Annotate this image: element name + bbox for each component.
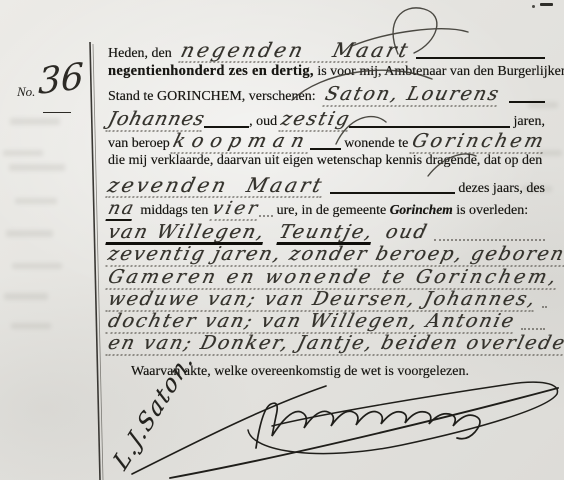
handwriting-flourish	[0, 0, 564, 370]
scanned-death-certificate: No. 36 Heden, den negenden Maart negenti…	[0, 0, 564, 480]
official-signature	[0, 370, 564, 480]
